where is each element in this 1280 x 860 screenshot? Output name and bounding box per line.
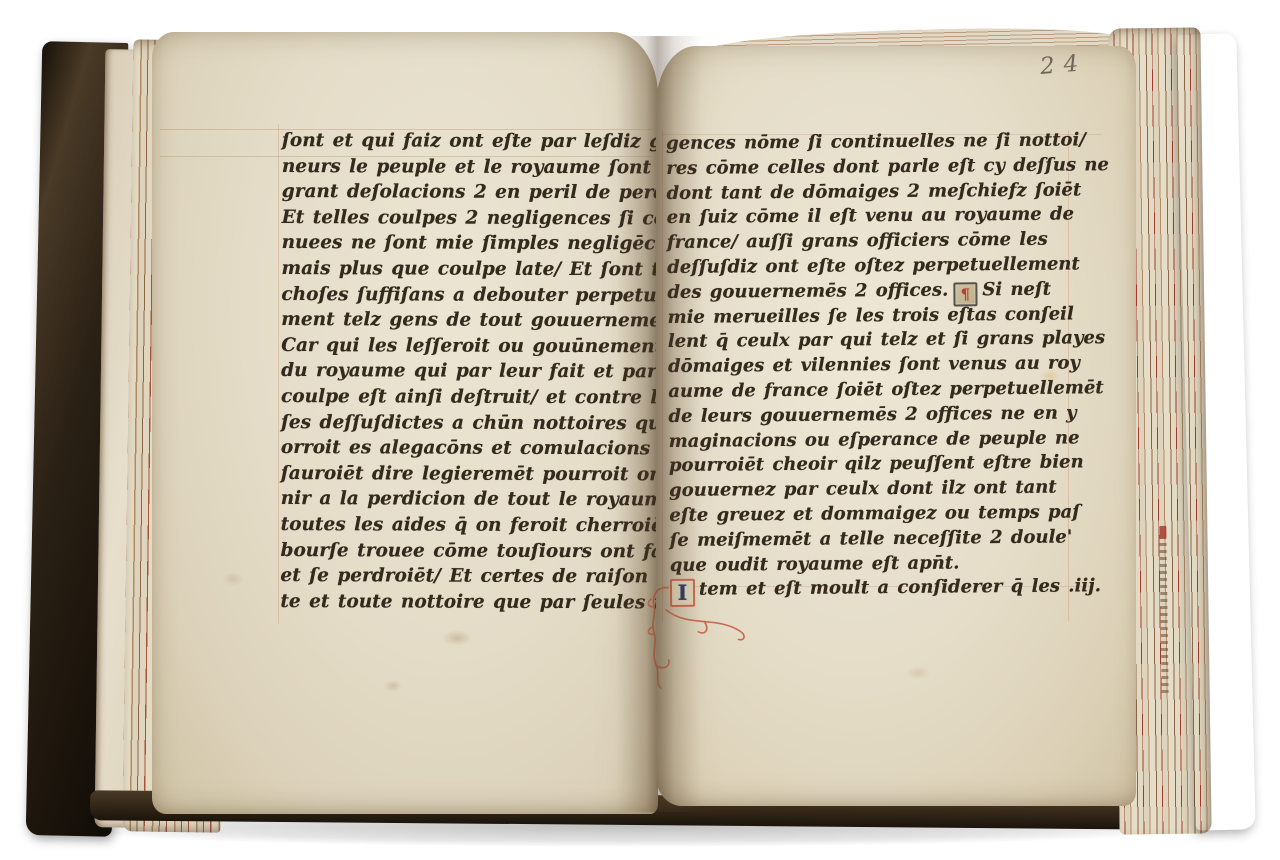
manuscript-line: que oudit royaume eſt apn̄t. [670, 550, 1074, 578]
manuscript-line: aume de france ſoiēt oſtez perpetuellemē… [668, 376, 1072, 404]
manuscript-line: ſont et qui faiz ont eſte par leſdiz gou… [282, 128, 654, 155]
ruling-line [662, 130, 663, 622]
manuscript-line: lent q̄ ceulx par qui telz et ſi grans p… [668, 327, 1072, 355]
fore-edge-text-marks [1160, 543, 1169, 693]
right-text-middle: mie merueilles ſe les trois eſtas conſei… [668, 302, 1074, 578]
manuscript-line: gences nōme ſi continuelles ne ſi nottoi… [666, 128, 1070, 156]
manuscript-line: grant deſolacions 2 en peril de perdicio… [282, 179, 654, 206]
manuscript-line: toutes les aides q̄ on feroit cherroiēt … [281, 512, 653, 539]
manuscript-line: coulpe eſt ainſi deſtruit/ et contre les… [281, 384, 653, 411]
manuscript-line: ſe meiſmemēt a telle neceſſite 2 doule' [669, 525, 1073, 553]
fore-edge-rubric-mark [1159, 526, 1166, 539]
manuscript-line: france/ auſſi grans officiers cōme les [667, 228, 1071, 256]
right-page: 24 gences nōme ſi continuelles ne ſi not… [656, 46, 1136, 806]
manuscript-line: neurs le peuple et le royaume ſont en [282, 154, 654, 181]
manuscript-line: maginacions ou eſperance de peuple ne [669, 426, 1073, 454]
manuscript-book: ſont et qui faiz ont eſte par leſdiz gou… [0, 0, 1280, 860]
page-stain [906, 666, 930, 680]
manuscript-line: choſes ſuffiſans a debouter perpetuele [281, 282, 653, 309]
manuscript-line: nir a la perdicion de tout le royaume et [281, 486, 653, 513]
manuscript-line: deſſuſdiz ont eſte oſtez perpetuellement [667, 252, 1071, 280]
manuscript-line: orroit es alegacōns et comulacions qlz [281, 435, 653, 462]
manuscript-line: ſes deſſuſdictes a chūn nottoires qui le… [281, 410, 653, 437]
manuscript-line: Car qui les leſſeroit ou gouūnement [281, 333, 653, 360]
left-page-text: ſont et qui faiz ont eſte par leſdiz gou… [280, 128, 654, 616]
manuscript-line: en ſuiz cōme il eſt venu au royaume de [667, 203, 1071, 231]
manuscript-line: eſte greuez et dommaigez ou temps paſ [669, 500, 1073, 528]
manuscript-line: Et telles coulpes 2 negligences ſi conti [282, 205, 654, 232]
manuscript-line: bourſe trouee cōme touſiours ont fait [280, 537, 652, 564]
line-text-after: Si neſt [982, 278, 1051, 300]
manuscript-line: ſauroiēt dire legieremēt pourroit on ve [281, 461, 653, 488]
manuscript-line: de leurs gouuernemēs 2 offices ne en y [668, 401, 1072, 429]
page-stain [442, 630, 472, 646]
manuscript-line: dont tant de dōmaiges 2 meſchiefz ſoiēt [666, 178, 1070, 206]
page-stain [222, 572, 244, 586]
ruling-line [278, 124, 279, 624]
manuscript-line: et ſe perdroiēt/ Et certes de raiſon eſc… [280, 563, 652, 590]
manuscript-line: dōmaiges et vilennies ſont venus au roy [668, 352, 1072, 380]
manuscript-line: gouuernez par ceulx dont ilz ont tant [669, 476, 1073, 504]
manuscript-line: mais plus que coulpe late/ Et ſont telz [281, 256, 653, 283]
illuminated-initial: I [670, 579, 695, 607]
page-stain [384, 680, 402, 692]
manuscript-line: ment telz gens de tout gouuernement [281, 307, 653, 334]
right-page-text: gences nōme ſi continuelles ne ſi nottoi… [666, 128, 1074, 603]
right-text-upper: gences nōme ſi continuelles ne ſi nottoi… [666, 128, 1071, 280]
line-text-before: des gouuernemēs 2 offices. [667, 279, 948, 302]
manuscript-line-with-pilcrow: des gouuernemēs 2 offices.¶Si neſt [667, 277, 1071, 305]
manuscript-line: nuees ne ſont mie ſimples negligēces [282, 230, 654, 257]
left-page: ſont et qui faiz ont eſte par leſdiz gou… [152, 32, 658, 814]
manuscript-line: pourroiēt cheoir qilz peuſſent eſtre bie… [669, 451, 1073, 479]
manuscript-line-with-initial: Item et eſt moult a conſiderer q̄ les .i… [670, 575, 1074, 603]
folio-number: 24 [1039, 50, 1088, 80]
manuscript-line: du royaume qui par leur fait et par le' [281, 358, 653, 385]
manuscript-line: te et toute nottoire que par ſeules negl… [280, 589, 652, 616]
manuscript-line: res cōme celles dont parle eſt cy deſſus… [666, 153, 1070, 181]
manuscript-line: mie merueilles ſe les trois eſtas conſei… [668, 302, 1072, 330]
line-text-rest: tem et eſt moult a conſiderer q̄ les .ii… [699, 576, 1101, 601]
